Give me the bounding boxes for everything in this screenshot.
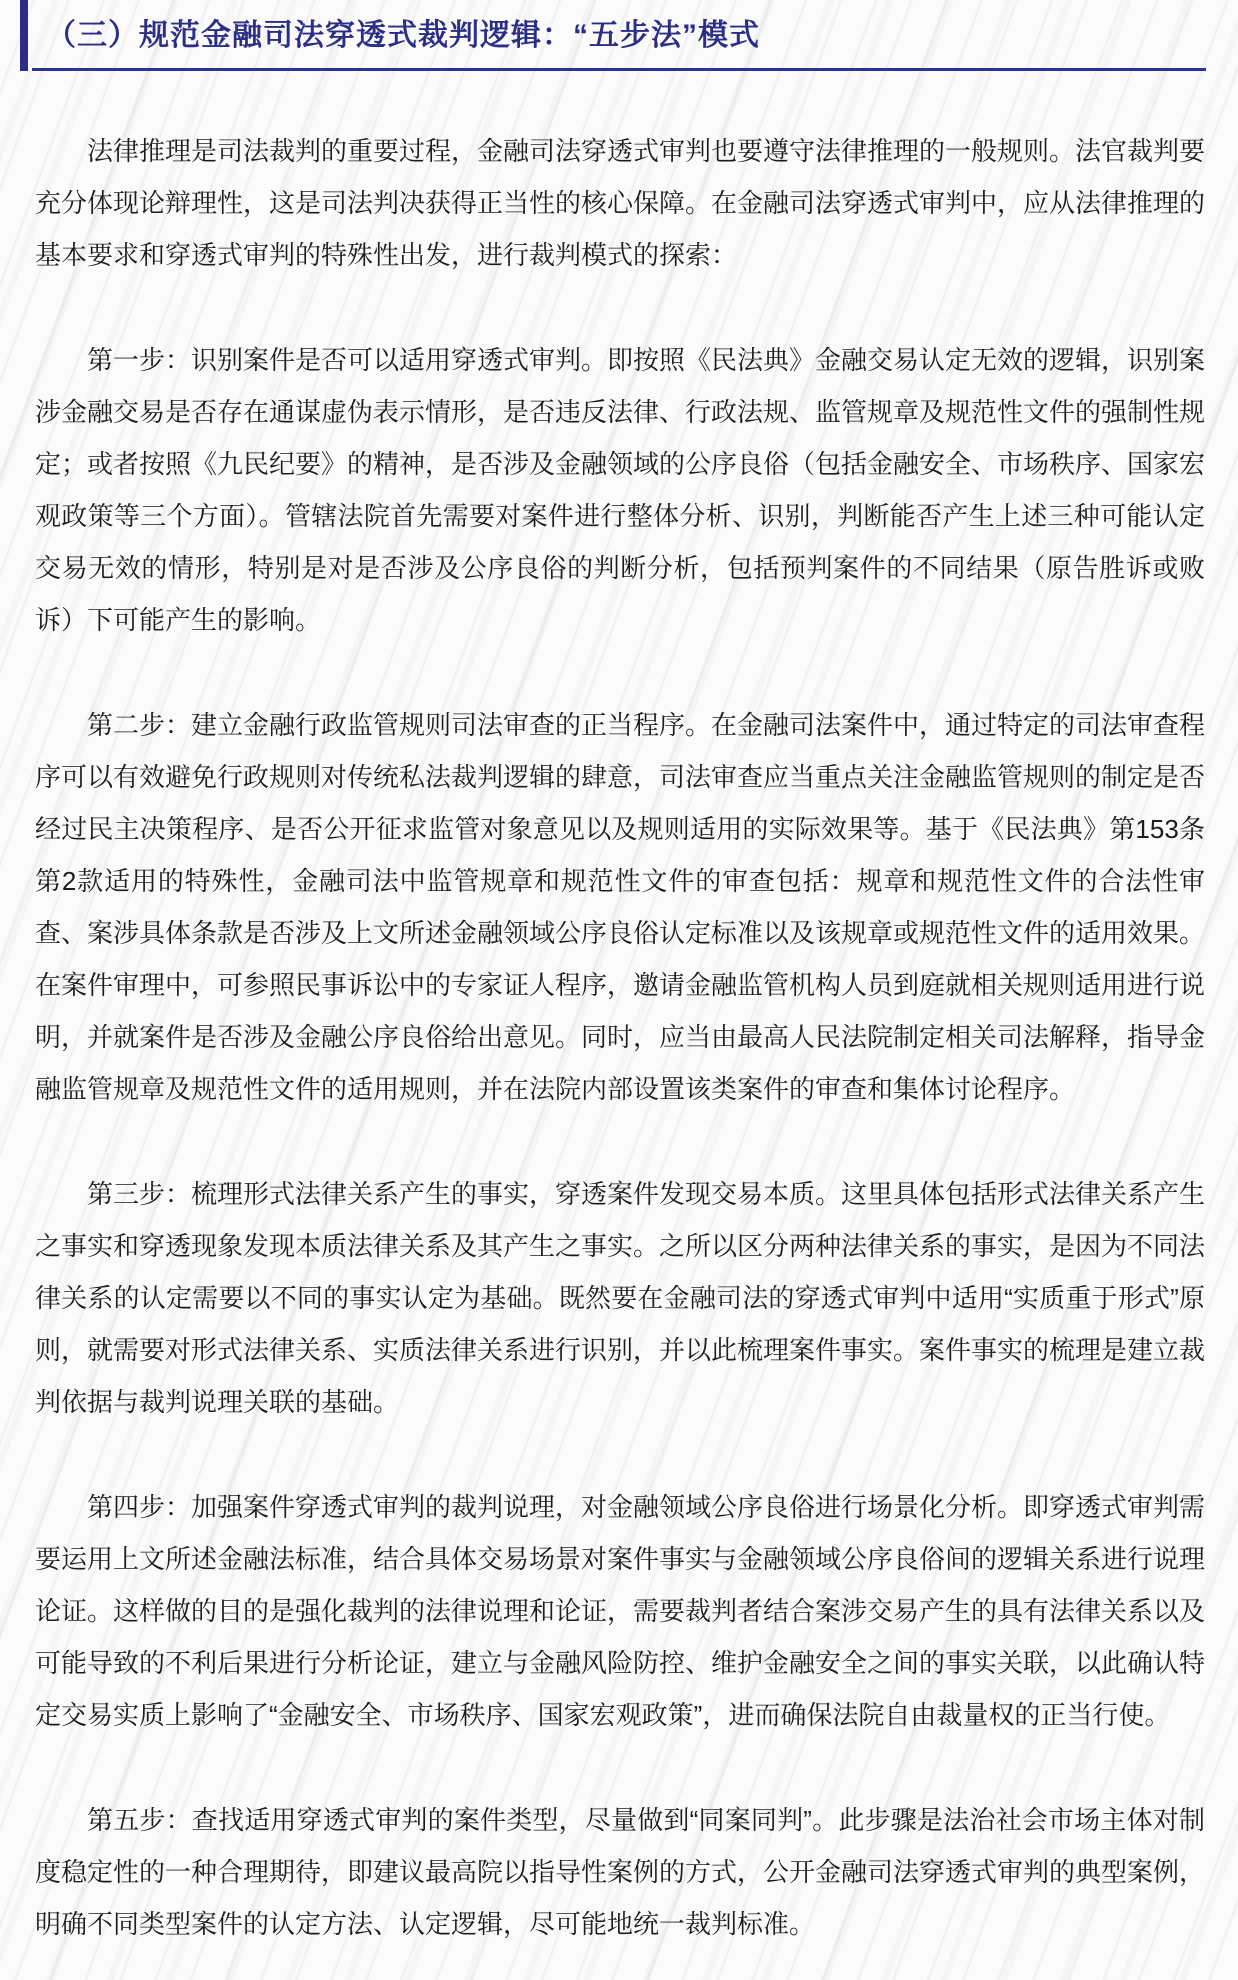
section-header: （三）规范金融司法穿透式裁判逻辑：“五步法”模式 bbox=[0, 0, 1238, 71]
heading-accent-bar bbox=[20, 0, 28, 71]
document-body: 法律推理是司法裁判的重要过程，金融司法穿透式审判也要遵守法律推理的一般规则。法官… bbox=[0, 71, 1238, 1950]
section-heading: （三）规范金融司法穿透式裁判逻辑：“五步法”模式 bbox=[46, 10, 760, 54]
paragraph-step-1: 第一步：识别案件是否可以适用穿透式审判。即按照《民法典》金融交易认定无效的逻辑，… bbox=[35, 334, 1205, 646]
heading-underline-rule bbox=[32, 68, 1206, 71]
paragraph-step-3: 第三步：梳理形式法律关系产生的事实，穿透案件发现交易本质。这里具体包括形式法律关… bbox=[35, 1168, 1205, 1428]
paragraph-step-5: 第五步：查找适用穿透式审判的案件类型，尽量做到“同案同判”。此步骤是法治社会市场… bbox=[35, 1794, 1205, 1950]
paragraph-step-2: 第二步：建立金融行政监管规则司法审查的正当程序。在金融司法案件中，通过特定的司法… bbox=[35, 699, 1205, 1115]
paragraph-intro: 法律推理是司法裁判的重要过程，金融司法穿透式审判也要遵守法律推理的一般规则。法官… bbox=[35, 125, 1205, 281]
paragraph-step-4: 第四步：加强案件穿透式审判的裁判说理，对金融领域公序良俗进行场景化分析。即穿透式… bbox=[35, 1481, 1205, 1741]
document-page: （三）规范金融司法穿透式裁判逻辑：“五步法”模式 法律推理是司法裁判的重要过程，… bbox=[0, 0, 1238, 1980]
